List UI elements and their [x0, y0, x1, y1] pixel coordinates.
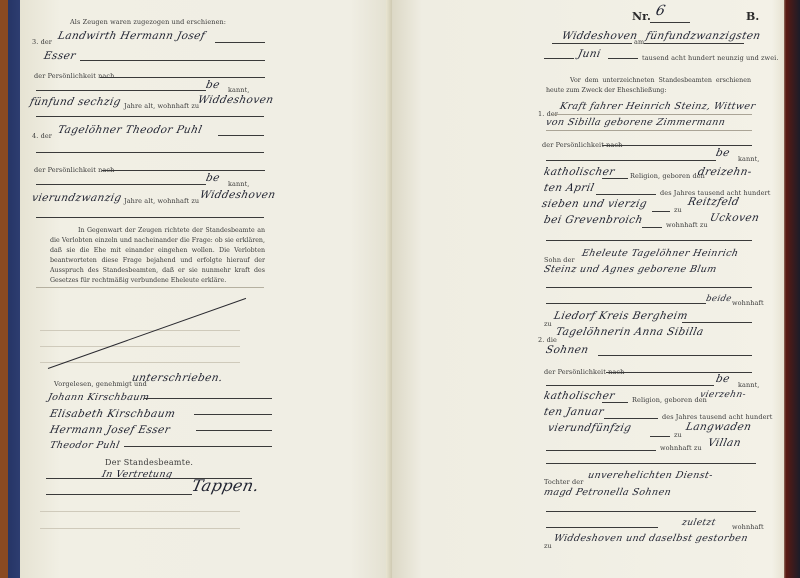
record-year-text: tausend acht hundert neunzig und zwei. — [642, 54, 779, 62]
right-page: Nr. 6 B. Widdeshoven am fünfundzwanzigst… — [392, 0, 784, 578]
witness3-age: fünfund sechzig — [29, 96, 122, 108]
witness3-age-label: Jahre alt, wohnhaft zu — [124, 102, 199, 110]
witness4-name-line1: Tagelöhner Theodor Puhl — [57, 124, 204, 136]
groom-birth-place-line2: bei Grevenbroich — [543, 214, 644, 226]
cancel-strike-line — [48, 298, 246, 369]
witness3-prefix: 3. der — [32, 38, 52, 46]
record-place: Widdeshoven — [561, 30, 639, 42]
bride-birth-month: ten Januar — [543, 406, 605, 418]
bride-name-line2: Sohnen — [545, 344, 590, 356]
bride-residence: Villan — [707, 437, 742, 449]
bride-birth-place-label: zu — [674, 431, 682, 439]
witness3-known-marker: be — [205, 79, 221, 91]
signature-4: Theodor Puhl — [49, 440, 121, 451]
book-binding-left — [0, 0, 22, 578]
ceremony-text: In Gegenwart der Zeugen richtete der Sta… — [50, 226, 265, 286]
record-number-value: 6 — [654, 3, 667, 19]
groom-religion: katholischer — [543, 166, 616, 178]
bride-known-label: kannt, — [738, 381, 759, 389]
record-day: fünfundzwanzigsten — [645, 30, 762, 42]
witness4-residence: Widdeshoven — [199, 189, 277, 201]
witness4-age-label: Jahre alt, wohnhaft zu — [124, 197, 199, 205]
groom-birth-day: dreizehn- — [697, 166, 753, 178]
bride-residence-label: wohnhaft zu — [660, 444, 702, 452]
bride-parents-residence-prefix: zu — [544, 542, 552, 550]
witness3-name-line1: Landwirth Hermann Josef — [57, 30, 207, 42]
bride-birth-day: vierzehn- — [699, 390, 747, 400]
groom-parents-residence: Liedorf Kreis Bergheim — [553, 310, 689, 322]
bride-parents-label: Tochter der — [544, 478, 583, 486]
appearance-text: Vor dem unterzeichneten Standesbeamten e… — [546, 76, 751, 96]
groom-parents-line1: Eheleute Tagelöhner Heinrich — [581, 248, 740, 259]
bride-parents-status: zuletzt — [681, 518, 717, 528]
groom-birth-place-label: zu — [674, 206, 682, 214]
bride-birth-year: vierundfünfzig — [547, 422, 633, 434]
witness4-known-label: kannt, — [228, 180, 249, 188]
witness4-age: vierundzwanzig — [31, 192, 123, 204]
bride-known-marker: be — [715, 373, 731, 385]
bride-parents-residence-label: wohnhaft — [732, 523, 764, 531]
signoff-value: unterschrieben. — [131, 372, 224, 384]
witness3-known-label: kannt, — [228, 86, 249, 94]
registrar-signature: Tappen. — [190, 476, 261, 495]
groom-parents-status: beide — [705, 294, 733, 304]
witness4-prefix: 4. der — [32, 132, 52, 140]
groom-birth-year: sieben und vierzig — [541, 198, 648, 210]
groom-birth-month: ten April — [543, 182, 596, 194]
bride-birth-year-label: des Jahres tausend acht hundert — [662, 413, 772, 421]
groom-name-line1: Kraft fahrer Heinrich Steinz, Wittwer — [559, 101, 757, 112]
witness3-identity-label: der Persönlichkeit nach — [34, 72, 114, 80]
groom-religion-label: Religion, geboren den — [630, 172, 705, 180]
witness-intro: Als Zeugen waren zugezogen und erschiene… — [70, 18, 226, 26]
bride-religion: katholischer — [543, 390, 616, 402]
groom-residence: Uckoven — [709, 212, 761, 224]
groom-birth-place-line1: Reitzfeld — [687, 196, 741, 208]
groom-parents-residence-label: wohnhaft — [732, 299, 764, 307]
bride-birth-place: Langwaden — [685, 421, 753, 433]
record-number-label: Nr. — [632, 10, 651, 23]
bride-parents-line2: magd Petronella Sohnen — [543, 487, 672, 498]
signature-2: Elisabeth Kirschbaum — [49, 408, 177, 420]
section-letter: B. — [746, 10, 759, 23]
groom-known-marker: be — [715, 147, 731, 159]
witness4-known-marker: be — [205, 172, 221, 184]
date-prefix: am — [634, 38, 644, 46]
groom-name-line2: von Sibilla geborene Zimmermann — [545, 117, 727, 128]
signature-3: Hermann Josef Esser — [49, 424, 172, 436]
bride-religion-label: Religion, geboren den — [632, 396, 707, 404]
signature-1: Johann Kirschbaum — [47, 392, 151, 403]
record-month: Juni — [577, 48, 602, 60]
bride-parents-line1: unverehelichten Dienst- — [587, 470, 714, 481]
bride-parents-residence: Widdeshoven und daselbst gestorben — [553, 533, 749, 544]
book-binding-right — [782, 0, 800, 578]
registrar-label: Der Standesbeamte. — [105, 458, 193, 467]
groom-known-label: kannt, — [738, 155, 759, 163]
left-page: Als Zeugen waren zugezogen und erschiene… — [20, 0, 392, 578]
groom-parents-line2: Steinz und Agnes geborene Blum — [543, 264, 718, 275]
witness3-name-line2: Esser — [43, 50, 77, 62]
groom-residence-label: wohnhaft zu — [666, 221, 708, 229]
groom-parents-label: Sohn der — [544, 256, 575, 264]
witness3-residence: Widdeshoven — [197, 94, 275, 106]
bride-name-line1: Tagelöhnerin Anna Sibilla — [555, 326, 705, 338]
groom-parents-residence-prefix: zu — [544, 320, 552, 328]
